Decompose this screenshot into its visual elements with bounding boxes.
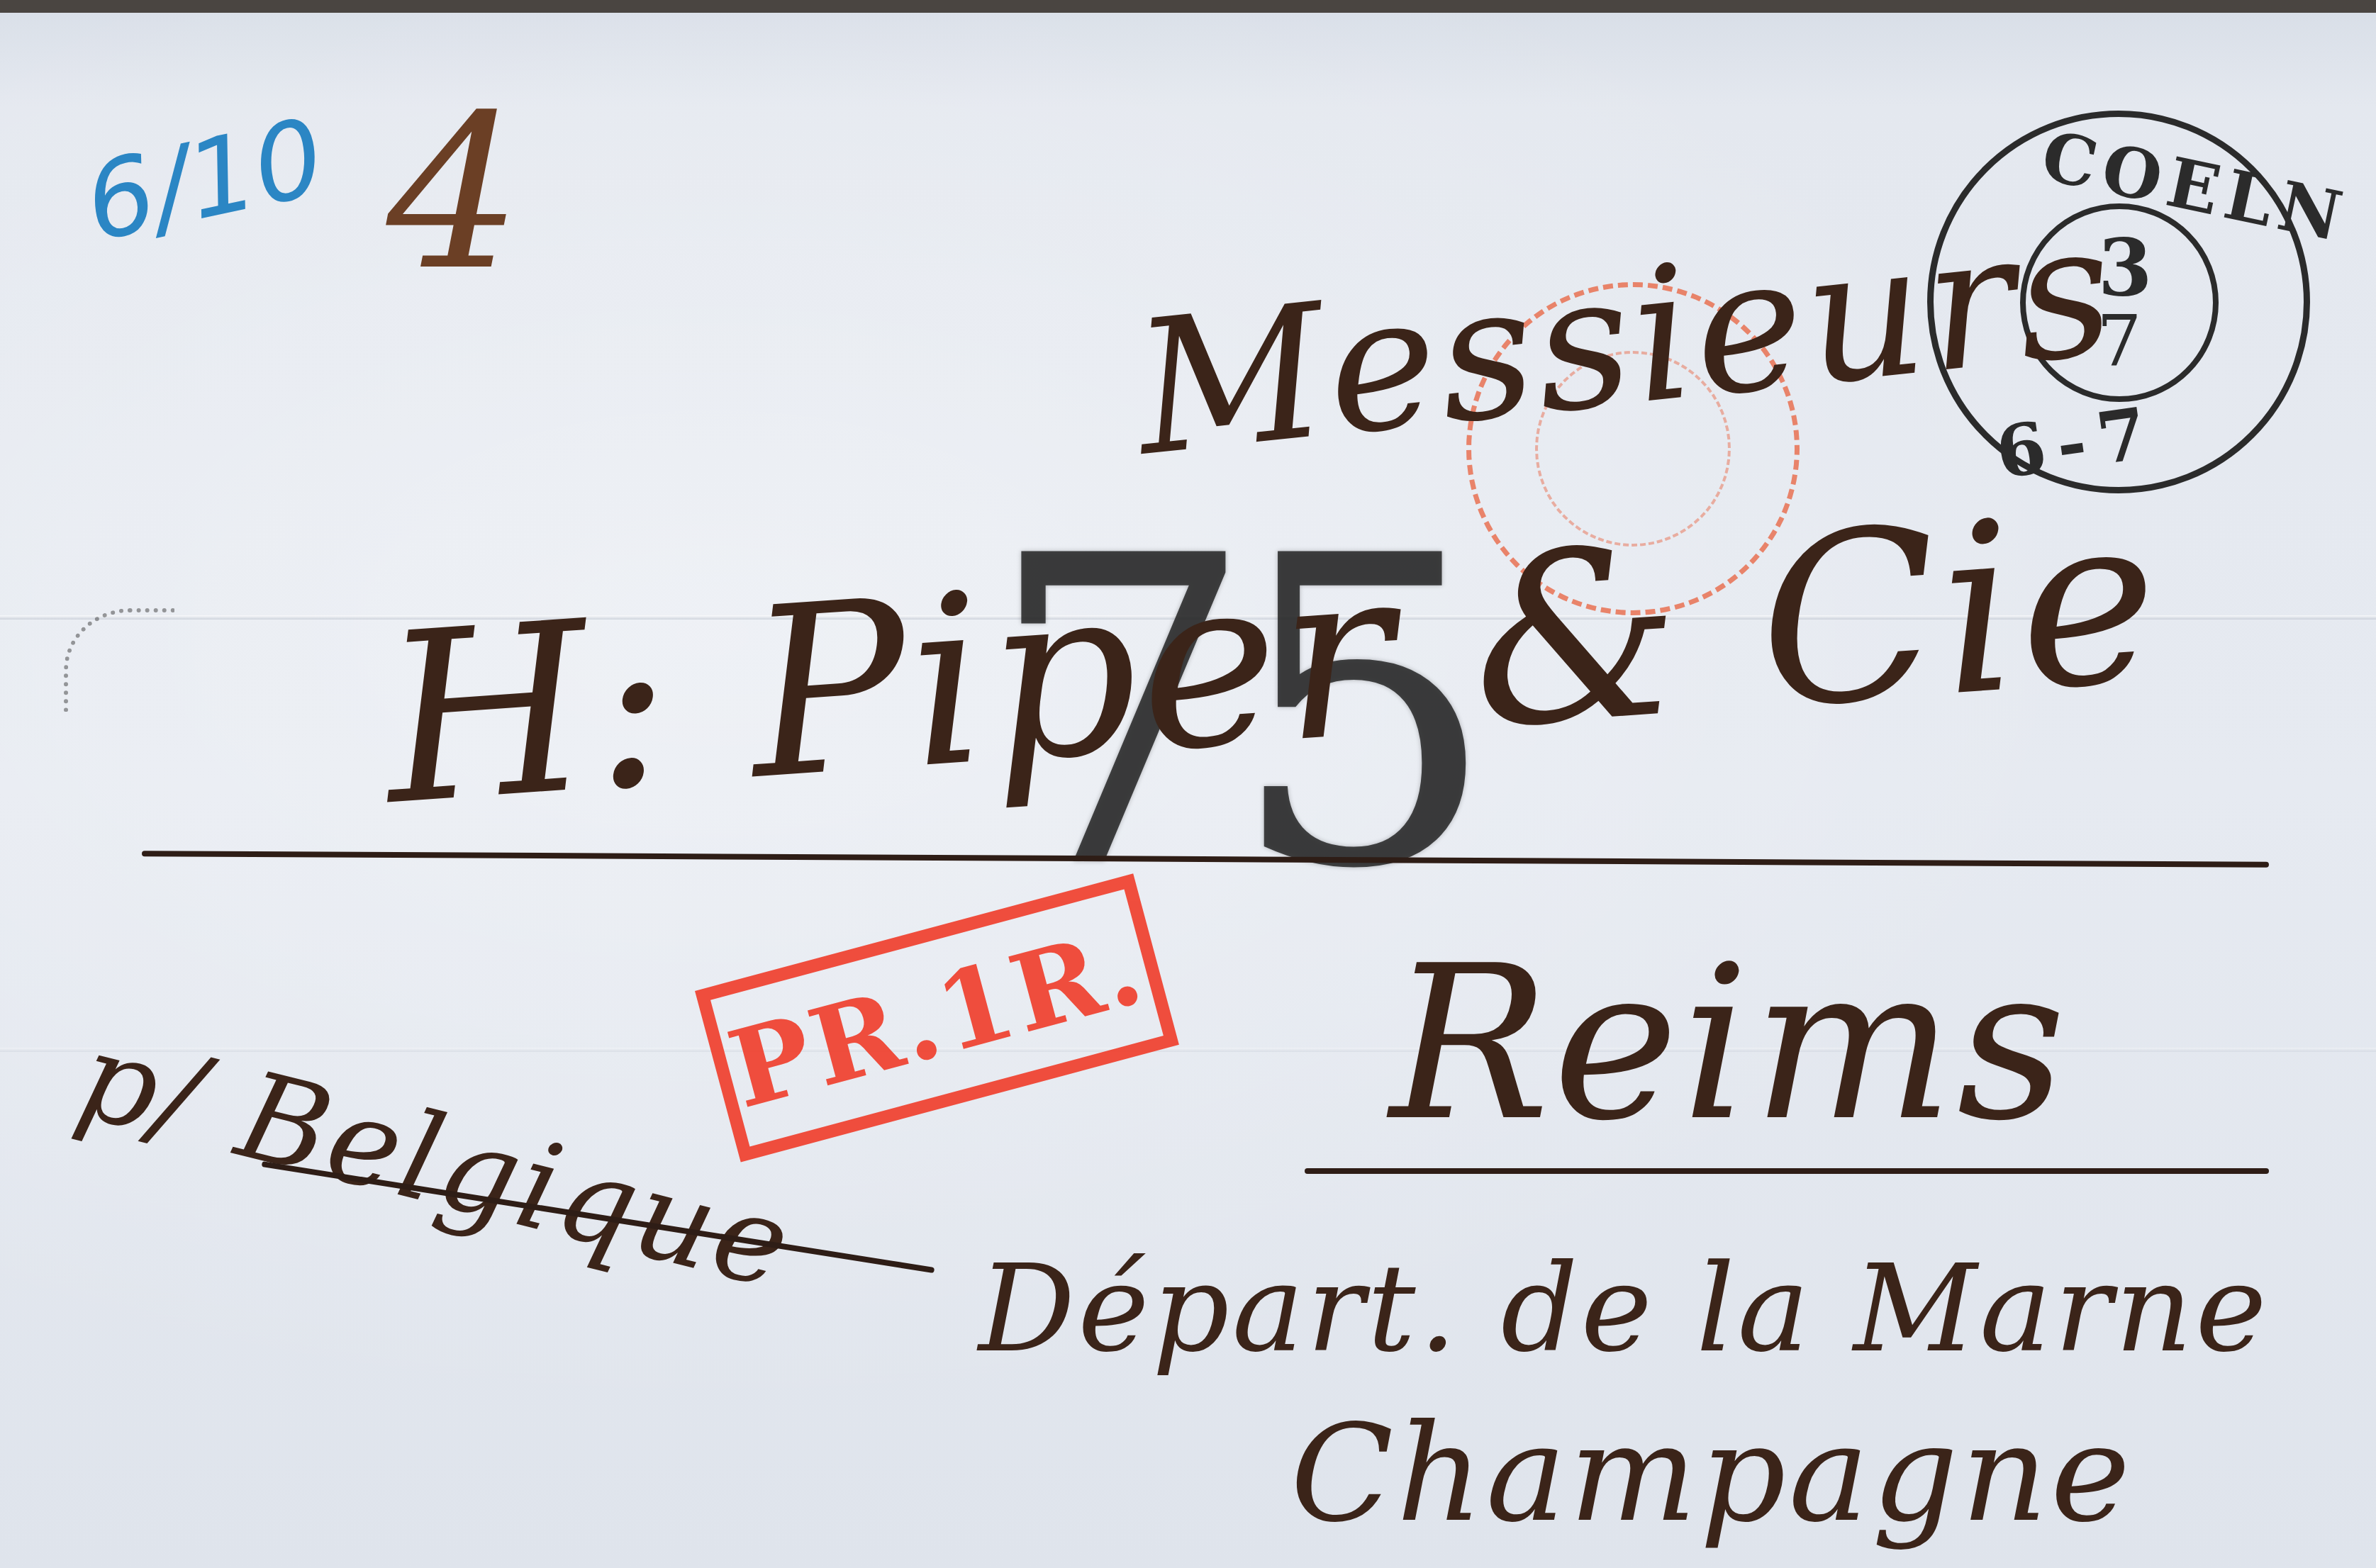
city-underline (1305, 1168, 2269, 1174)
address-city: Reims (1390, 920, 2069, 1167)
pr-1r-accountancy-mark: PR.1R. (695, 873, 1179, 1162)
address-department: Départ. de la Marne (978, 1239, 2270, 1379)
routing-instruction: p/ Belgique (65, 1005, 805, 1317)
postal-cover: 6/10 4 COELN 3 7 6-7 75 Messieurs H: Pip… (0, 0, 2376, 1568)
partial-stamp-fragment (64, 608, 174, 712)
address-region: Champagne (1290, 1395, 2134, 1552)
rate-numeral: 4 (386, 69, 525, 317)
blue-crayon-note: 6/10 (75, 96, 335, 266)
